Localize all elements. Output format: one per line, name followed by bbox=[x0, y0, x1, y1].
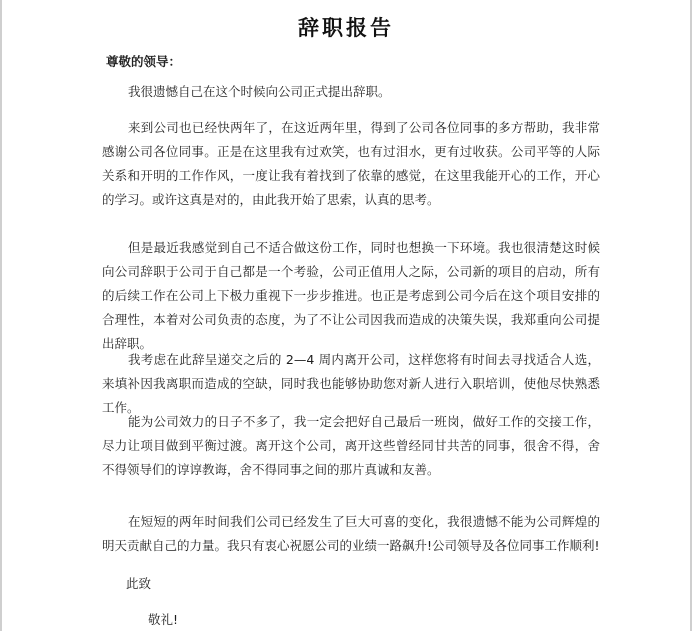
paragraph-reason: 但是最近我感觉到自己不适合做这份工作，同时也想换一下环境。我也很清楚这时候向公司… bbox=[102, 236, 600, 356]
regards-line: 敬礼! bbox=[148, 610, 178, 628]
document-title: 辞职报告 bbox=[2, 12, 690, 42]
salutation: 尊敬的领导： bbox=[106, 52, 181, 70]
paragraph-wishes: 在短短的两年时间我们公司已经发生了巨大可喜的变化，我很遗憾不能为公司辉煌的明天贡… bbox=[102, 510, 600, 558]
closing-line: 此致 bbox=[126, 574, 151, 592]
paragraph-handover: 能为公司效力的日子不多了，我一定会把好自己最后一班岗，做好工作的交接工作，尽力让… bbox=[102, 410, 600, 482]
paragraph-opening: 我很遗憾自己在这个时候向公司正式提出辞职。 bbox=[102, 80, 600, 104]
document-page: 辞职报告 尊敬的领导： 我很遗憾自己在这个时候向公司正式提出辞职。 来到公司也已… bbox=[0, 0, 692, 631]
paragraph-experience: 来到公司也已经快两年了，在这近两年里，得到了公司各位同事的多方帮助，我非常感谢公… bbox=[102, 116, 600, 212]
